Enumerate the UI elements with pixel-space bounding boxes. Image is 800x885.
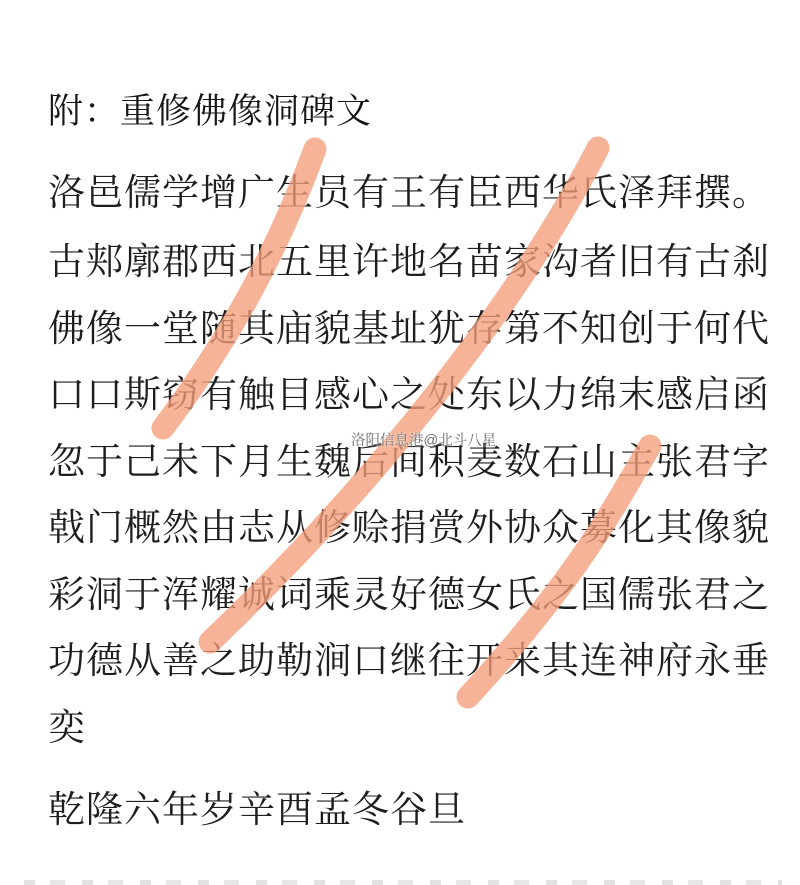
body-paragraph: 古郏廓郡西北五里许地名苗家沟者旧有古刹 佛像一堂随其庙貌基址犹存第不知创于何代 …	[48, 229, 770, 761]
body-line: 彩洞于浑耀诚词乘灵好德女氏之国儒张君之	[48, 562, 770, 629]
date-line: 乾隆六年岁辛酉孟冬谷旦	[48, 777, 466, 844]
bottom-crop-artifact	[24, 880, 782, 885]
byline: 洛邑儒学增广生员有王有臣西华氏泽拜撰。	[48, 160, 770, 227]
body-line: 功德从善之助勒涧口继往开来其连神府永垂	[48, 628, 770, 695]
body-line: 口口斯窃有触目感心之处东以力绵末感启函	[48, 362, 770, 429]
page-title: 附：重修佛像洞碑文	[48, 90, 372, 134]
body-line: 佛像一堂随其庙貌基址犹存第不知创于何代	[48, 296, 770, 363]
watermark: 洛阳信息港@北斗八星	[351, 429, 496, 450]
body-line: 古郏廓郡西北五里许地名苗家沟者旧有古刹	[48, 229, 770, 296]
body-line: 奕	[48, 695, 770, 762]
document-page: 附：重修佛像洞碑文 洛邑儒学增广生员有王有臣西华氏泽拜撰。 古郏廓郡西北五里许地…	[0, 0, 800, 885]
body-line: 戟门概然由志从修赊捐赏外协众募化其像貌	[48, 495, 770, 562]
